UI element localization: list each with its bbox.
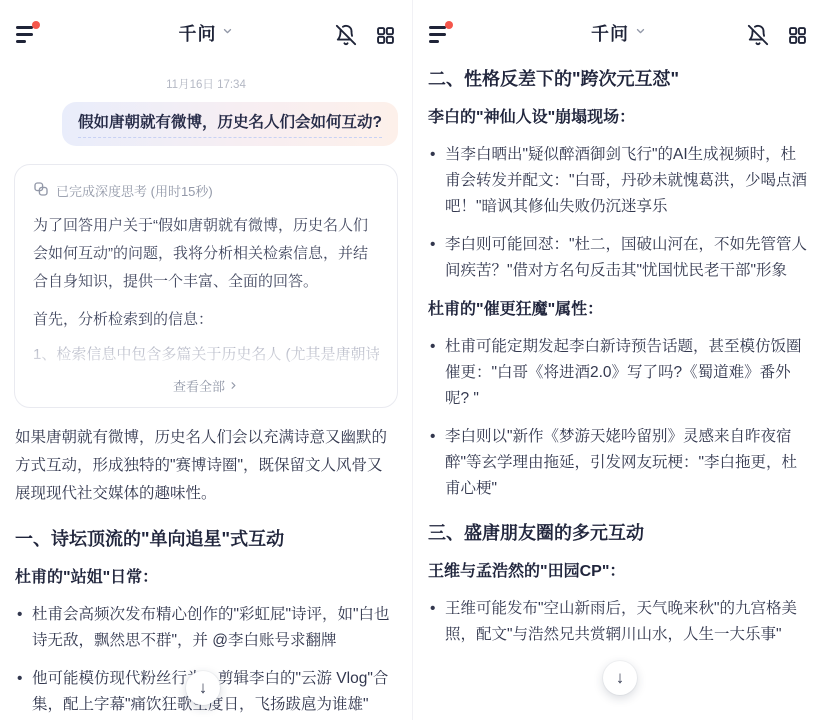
chevron-right-icon: [228, 380, 239, 391]
app-header: 千问: [0, 0, 412, 60]
app-header: 千问: [413, 0, 824, 60]
thinking-paragraph: 首先，分析检索到的信息：: [33, 306, 379, 334]
chevron-down-icon: [222, 24, 234, 42]
list-item: 杜甫会高频次发布精心创作的"彩虹屁"诗评，如"白也诗无敌，飘然思不群"，并 @李…: [15, 602, 397, 654]
thinking-paragraph: 为了回答用户关于“假如唐朝就有微博，历史名人们会如何互动”的问题，我将分析相关检…: [33, 212, 379, 296]
chat-screen-left: 千问 11月16日 17:34 假如唐朝就有微博，历史名人们会如何互动? 已完成…: [0, 0, 412, 720]
app-title-dropdown[interactable]: 千问: [591, 20, 646, 46]
section-heading-1: 一、诗坛顶流的"单向追星"式互动: [15, 526, 397, 552]
subsection-heading: 王维与孟浩然的"田园CP"：: [428, 560, 809, 584]
list-item: 王维可能发布"空山新雨后，天气晚来秋"的九宫格美照，配文"与浩然兄共赏辋川山水，…: [428, 596, 809, 648]
scroll-to-bottom-button[interactable]: ↓: [186, 671, 220, 705]
list-item: 杜甫可能定期发起李白新诗预告话题，甚至模仿饭圈催更："白哥《将进酒2.0》写了吗…: [428, 334, 809, 412]
user-message-text: 假如唐朝就有微博，历史名人们会如何互动?: [78, 114, 382, 138]
list-item: 李白则可能回怼："杜二，国破山河在，不如先管管人间疾苦？"借对方名句反击其"忧国…: [428, 232, 809, 284]
app-title-dropdown[interactable]: 千问: [179, 20, 234, 46]
app-grid-icon[interactable]: [375, 25, 396, 46]
app-title: 千问: [179, 20, 217, 46]
hamburger-menu-button[interactable]: [429, 23, 455, 47]
notification-dot: [32, 21, 40, 29]
chevron-down-icon: [634, 24, 646, 42]
mute-icon[interactable]: [747, 24, 769, 46]
bullet-list: 杜甫可能定期发起李白新诗预告话题，甚至模仿饭圈催更："白哥《将进酒2.0》写了吗…: [428, 334, 809, 502]
app-grid-icon[interactable]: [787, 25, 808, 46]
mute-icon[interactable]: [335, 24, 357, 46]
subsection-heading: 李白的"神仙人设"崩塌现场：: [428, 106, 809, 130]
answer-intro: 如果唐朝就有微博，历史名人们会以充满诗意又幽默的方式互动，形成独特的"赛博诗圈"…: [15, 424, 397, 508]
assistant-answer: 二、性格反差下的"跨次元互怼" 李白的"神仙人设"崩塌现场： 当李白晒出"疑似醉…: [413, 66, 824, 648]
chat-screen-right: 千问 二、性格反差下的"跨次元互怼" 李白的"神仙人设"崩塌现场： 当李白晒出"…: [412, 0, 824, 720]
user-message-bubble[interactable]: 假如唐朝就有微博，历史名人们会如何互动?: [62, 102, 398, 146]
list-item: 李白则以"新作《梦游天姥吟留别》灵感来自昨夜宿醉"等玄学理由拖延，引发网友玩梗：…: [428, 424, 809, 502]
list-item: 当李白晒出"疑似醉酒御剑飞行"的AI生成视频时，杜甫会转发并配文："白哥，丹砂未…: [428, 142, 809, 220]
subsection-heading: 杜甫的"站姐"日常：: [15, 566, 397, 590]
deep-think-icon: [33, 181, 49, 200]
view-all-button[interactable]: 查看全部: [33, 376, 379, 395]
section-heading-2: 二、性格反差下的"跨次元互怼": [428, 66, 809, 92]
bullet-list: 王维可能发布"空山新雨后，天气晚来秋"的九宫格美照，配文"与浩然兄共赏辋川山水，…: [428, 596, 809, 648]
bullet-list: 当李白晒出"疑似醉酒御剑飞行"的AI生成视频时，杜甫会转发并配文："白哥，丹砂未…: [428, 142, 809, 284]
message-timestamp: 11月16日 17:34: [0, 76, 412, 92]
thinking-truncated-line: 1、检索信息中包含多篇关于历史名人 (尤其是唐朝诗: [33, 342, 379, 368]
section-heading-3: 三、盛唐朋友圈的多元互动: [428, 520, 809, 546]
deep-think-status: 已完成深度思考 (用时15秒): [56, 181, 213, 200]
subsection-heading: 杜甫的"催更狂魔"属性：: [428, 298, 809, 322]
scroll-to-bottom-button[interactable]: ↓: [603, 661, 637, 695]
app-title: 千问: [591, 20, 629, 46]
notification-dot: [445, 21, 453, 29]
hamburger-menu-button[interactable]: [16, 23, 42, 47]
deep-thinking-card[interactable]: 已完成深度思考 (用时15秒) 为了回答用户关于“假如唐朝就有微博，历史名人们会…: [14, 164, 398, 408]
